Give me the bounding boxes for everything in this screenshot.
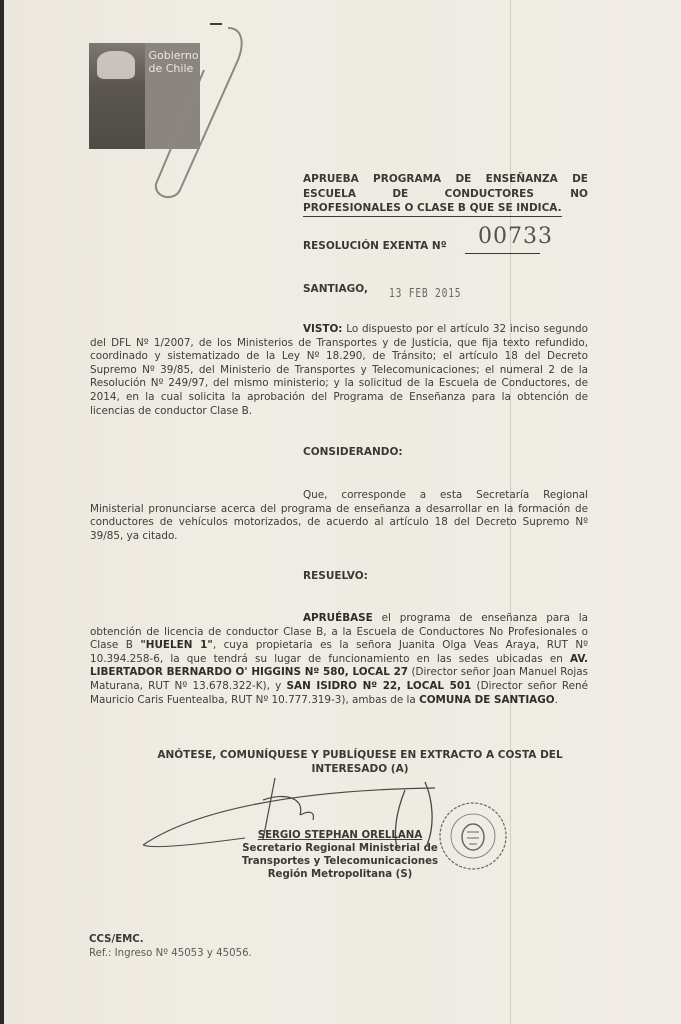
official-seal-icon [437,800,509,872]
document-title: APRUEBA PROGRAMA DE ENSEÑANZA DE ESCUELA… [303,172,588,217]
considerando-paragraph: Que, corresponde a esta Secretaría Regio… [90,489,588,543]
title-line-1: APRUEBA PROGRAMA DE ENSEÑANZA DE [303,172,588,187]
address-2: SAN ISIDRO Nº 22, LOCAL 501 [287,680,472,692]
resuelvo-heading: RESUELVO: [303,570,368,582]
date-stamp: 13 FEB 2015 [389,286,461,300]
document-page: Gobierno de Chile APRUEBA PROGRAMA DE EN… [0,0,681,1024]
resuelvo-text-5: . [555,694,558,706]
chile-crest-icon [97,51,135,79]
title-line-2: ESCUELA DE CONDUCTORES NO [303,187,588,202]
visto-label: VISTO: [303,323,342,335]
author-initials: CCS/EMC. [89,933,252,947]
resuelvo-paragraph: APRUÉBASE el programa de enseñanza para … [90,612,588,707]
signer-name: SERGIO STEPHAN ORELLANA [230,829,450,842]
reference-line: Ref.: Ingreso Nº 45053 y 45056. [89,947,252,961]
paperclip-icon [150,20,250,200]
visto-paragraph: VISTO: Lo dispuesto por el artículo 32 i… [90,323,588,418]
scan-edge [0,0,4,1024]
title-line-3: PROFESIONALES O CLASE B QUE SE INDICA. [303,201,562,217]
logo-left-block [89,43,145,149]
school-name: "HUELEN 1" [140,639,212,651]
considerando-text: Que, corresponde a esta Secretaría Regio… [90,489,588,542]
city-label: SANTIAGO, [303,283,368,295]
closing-line-1: ANÓTESE, COMUNÍQUESE Y PUBLÍQUESE EN EXT… [140,748,580,762]
visto-text: Lo dispuesto por el artículo 32 inciso s… [90,323,588,417]
resolution-underline [465,253,540,254]
resolution-label: RESOLUCIÓN EXENTA Nº [303,240,447,252]
resolution-number: 00733 [478,224,553,249]
considerando-heading: CONSIDERANDO: [303,446,403,458]
footer-references: CCS/EMC. Ref.: Ingreso Nº 45053 y 45056. [89,933,252,961]
comuna: COMUNA DE SANTIAGO [419,694,555,706]
signer-title-2: Transportes y Telecomunicaciones [230,855,450,868]
signer-title-3: Región Metropolitana (S) [230,868,450,881]
signer-block: SERGIO STEPHAN ORELLANA Secretario Regio… [230,829,450,881]
signer-title-1: Secretario Regional Ministerial de [230,842,450,855]
resuelvo-lead: APRUÉBASE [303,612,373,624]
